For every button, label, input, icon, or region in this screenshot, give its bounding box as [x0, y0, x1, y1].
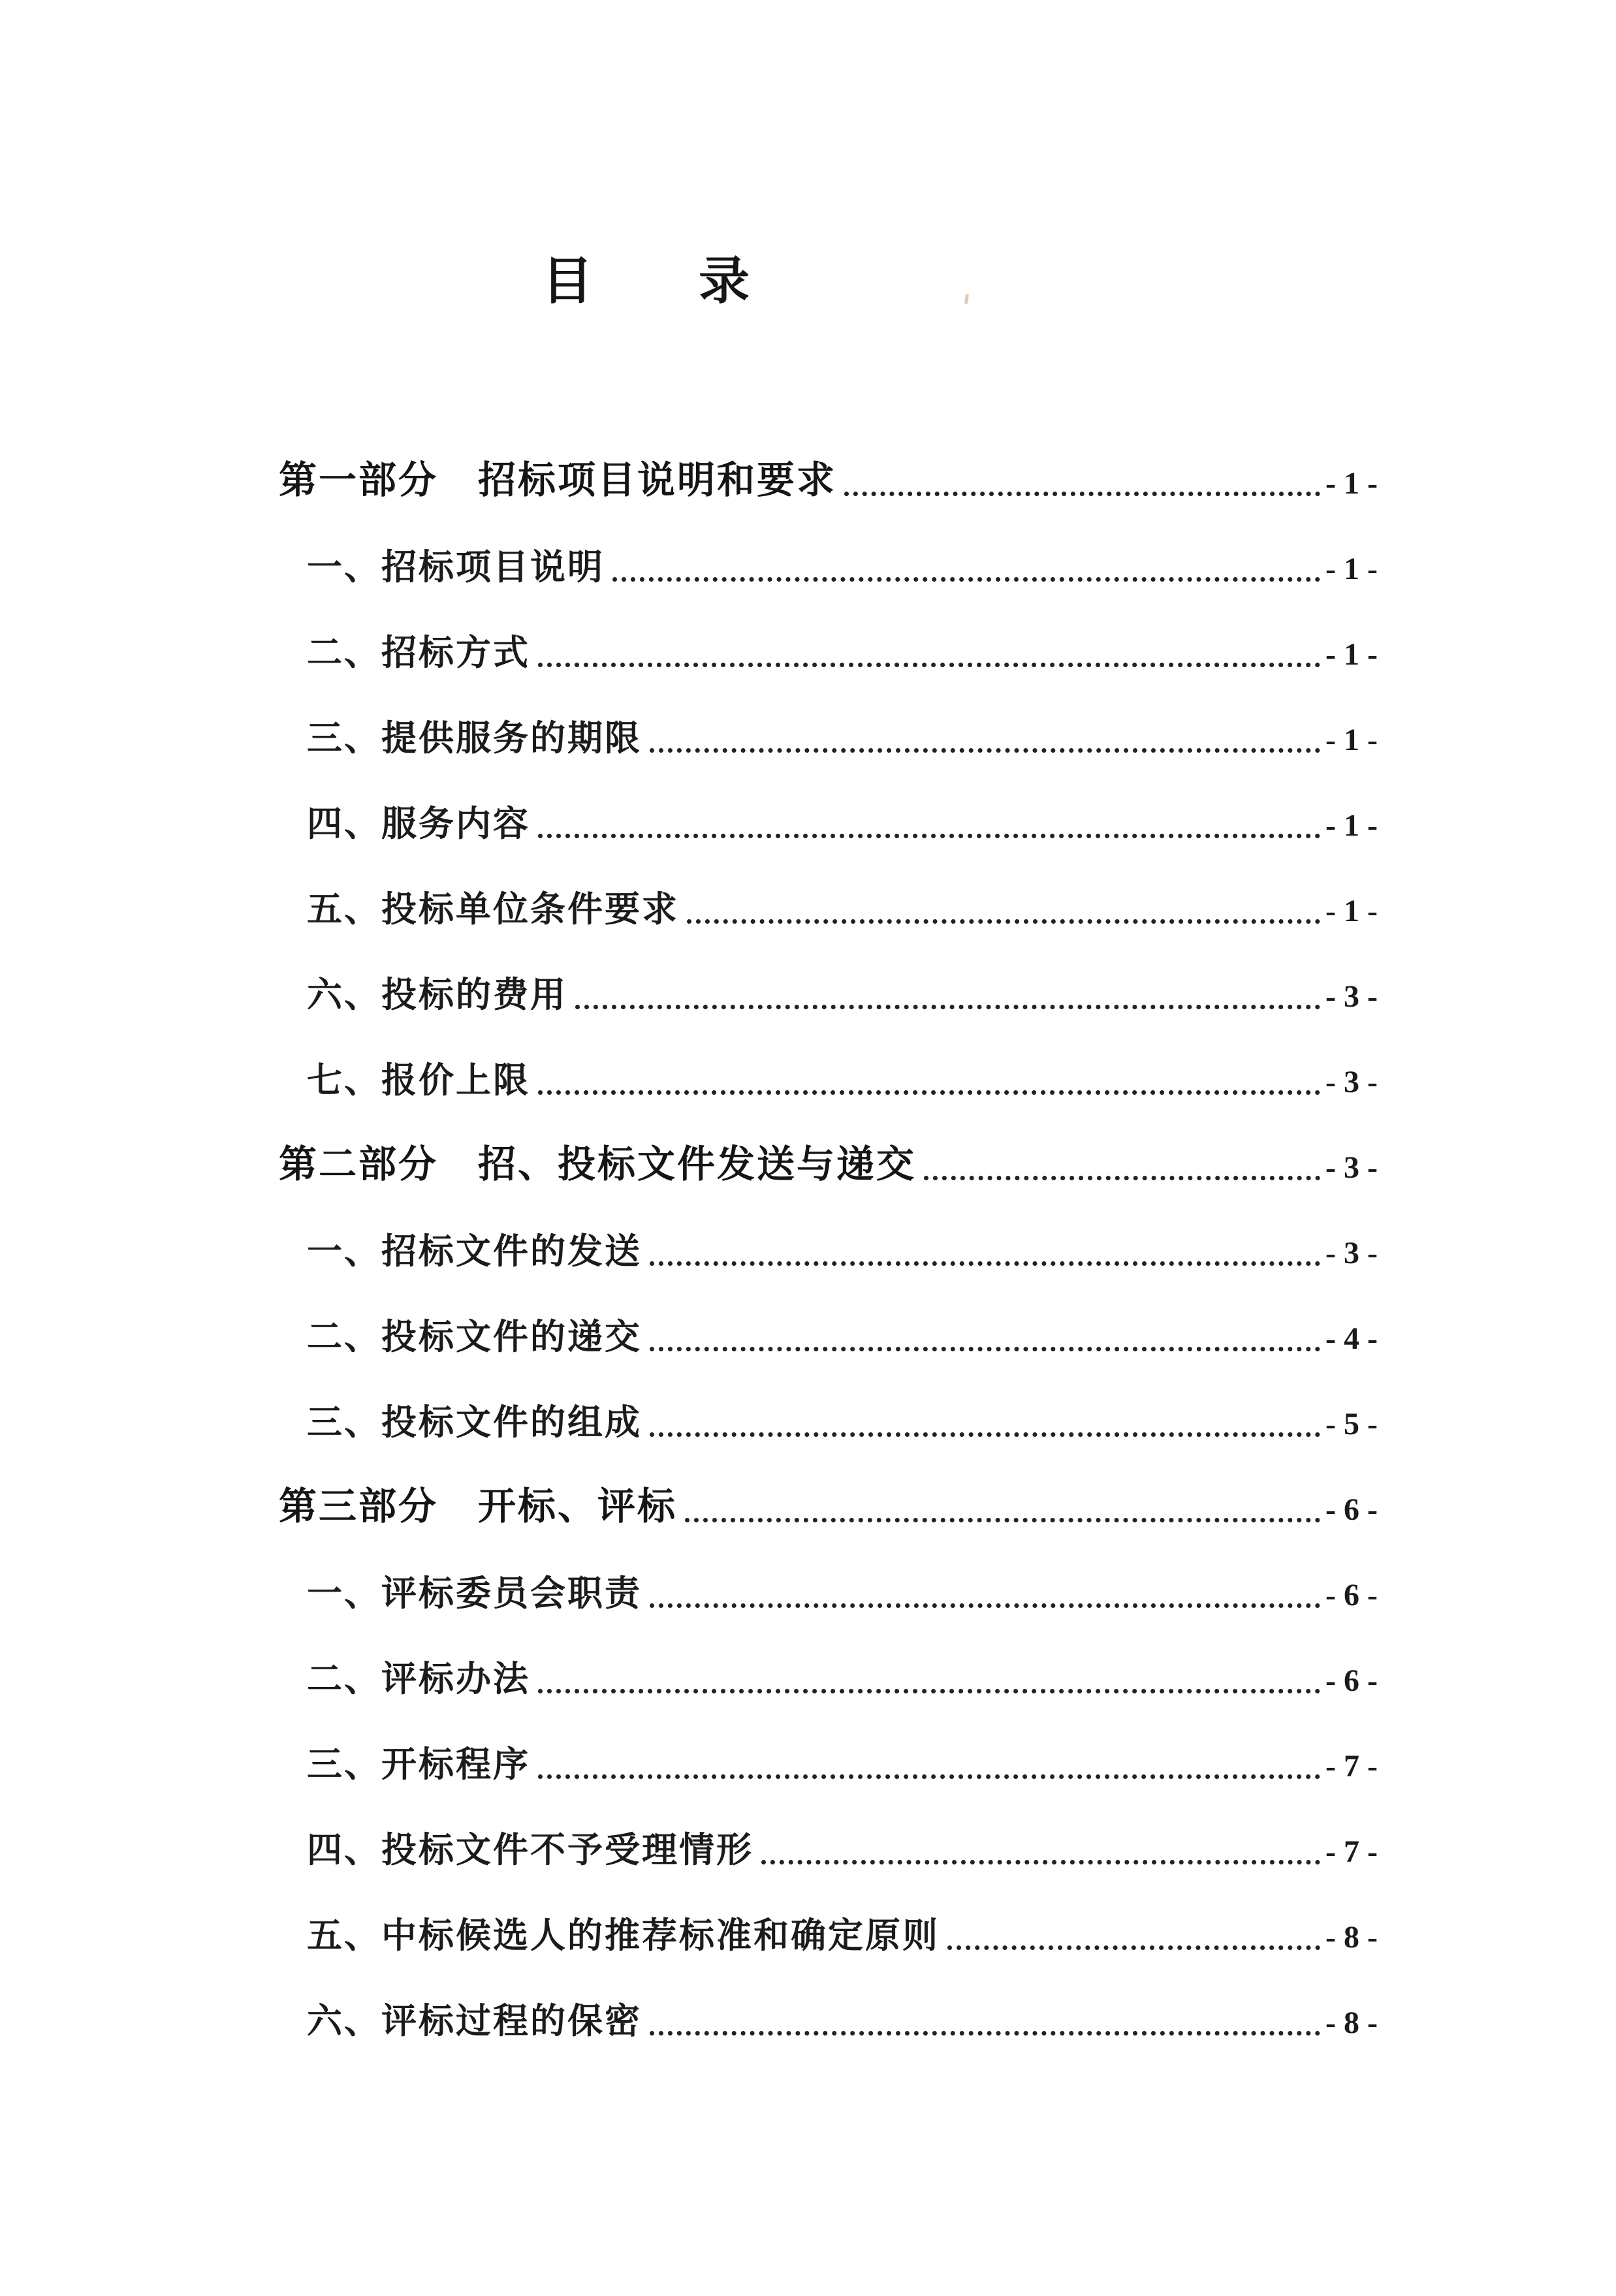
- page-number: - 6 -: [1325, 1580, 1378, 1611]
- toc-label: 三、提供服务的期限: [307, 720, 642, 757]
- toc-entry-row: 一、招标文件的发送 - 3 -: [279, 1208, 1378, 1294]
- toc-label: 六、评标过程的保密: [307, 2003, 642, 2040]
- page-number: - 5 -: [1325, 1409, 1378, 1440]
- page-number: - 1 -: [1325, 725, 1378, 756]
- dot-leader: [844, 492, 1320, 496]
- dot-leader: [650, 2031, 1320, 2036]
- toc-part-row: 第一部分 招标项目说明和要求 - 1 -: [279, 439, 1378, 524]
- toc-label: 一、评标委员会职责: [307, 1575, 642, 1612]
- toc-label: 第一部分 招标项目说明和要求: [279, 461, 836, 501]
- dot-leader: [685, 1518, 1320, 1522]
- dot-leader: [650, 1603, 1320, 1608]
- toc-entry-row: 四、投标文件不予受理情形 - 7 -: [279, 1807, 1378, 1893]
- toc-label: 一、招标文件的发送: [307, 1233, 642, 1270]
- toc-entry-row: 二、招标方式 - 1 -: [279, 610, 1378, 695]
- toc-label: 五、中标候选人的推荐标准和确定原则: [307, 1917, 940, 1955]
- page-number: - 7 -: [1325, 1751, 1378, 1782]
- toc-label: 二、投标文件的递交: [307, 1319, 642, 1356]
- toc-label: 三、开标程序: [307, 1746, 530, 1784]
- toc-label: 第三部分 开标、评标: [279, 1487, 677, 1527]
- dot-leader: [538, 1689, 1320, 1693]
- toc-label: 二、评标办法: [307, 1661, 530, 1698]
- toc-entry-row: 七、报价上限 - 3 -: [279, 1037, 1378, 1123]
- toc-label: 七、报价上限: [307, 1062, 530, 1099]
- toc-entry-row: 三、投标文件的组成 - 5 -: [279, 1379, 1378, 1465]
- dot-leader: [538, 1774, 1320, 1779]
- dot-leader: [947, 1945, 1320, 1950]
- page-number: - 7 -: [1325, 1836, 1378, 1868]
- toc-entry-row: 一、评标委员会职责 - 6 -: [279, 1550, 1378, 1636]
- page-number: - 3 -: [1325, 1067, 1378, 1098]
- dot-leader: [650, 1261, 1320, 1266]
- page-number: - 8 -: [1325, 2007, 1378, 2039]
- toc-label: 二、招标方式: [307, 635, 530, 672]
- page-number: - 3 -: [1325, 1152, 1378, 1184]
- page-number: - 1 -: [1325, 639, 1378, 670]
- page-number: - 6 -: [1325, 1494, 1378, 1526]
- toc-part-row: 第三部分 开标、评标 - 6 -: [279, 1465, 1378, 1550]
- page-number: - 1 -: [1325, 468, 1378, 499]
- table-of-contents: 第一部分 招标项目说明和要求 - 1 - 一、招标项目说明 - 1 - 二、招标…: [279, 439, 1378, 2064]
- page-number: - 1 -: [1325, 810, 1378, 841]
- page-number: - 1 -: [1325, 554, 1378, 585]
- dot-leader: [538, 663, 1320, 667]
- toc-label: 第二部分 招、投标文件发送与递交: [279, 1145, 916, 1185]
- dot-leader: [538, 834, 1320, 838]
- toc-entry-row: 四、服务内容 - 1 -: [279, 781, 1378, 866]
- toc-entry-row: 一、招标项目说明 - 1 -: [279, 524, 1378, 610]
- toc-entry-row: 五、中标候选人的推荐标准和确定原则 - 8 -: [279, 1893, 1378, 1978]
- dot-leader: [575, 1005, 1320, 1009]
- page-title: 目 录: [0, 256, 1293, 307]
- page-number: - 4 -: [1325, 1323, 1378, 1355]
- toc-label: 四、服务内容: [307, 806, 530, 843]
- dot-leader: [761, 1860, 1320, 1864]
- toc-label: 三、投标文件的组成: [307, 1404, 642, 1441]
- toc-entry-row: 三、提供服务的期限 - 1 -: [279, 695, 1378, 781]
- page-number: - 6 -: [1325, 1665, 1378, 1697]
- toc-label: 一、招标项目说明: [307, 549, 605, 586]
- dot-leader: [687, 919, 1320, 924]
- toc-label: 五、投标单位条件要求: [307, 891, 679, 928]
- toc-entry-row: 二、评标办法 - 6 -: [279, 1636, 1378, 1722]
- page-number: - 1 -: [1325, 896, 1378, 927]
- page-number: - 8 -: [1325, 1922, 1378, 1953]
- toc-entry-row: 六、投标的费用 - 3 -: [279, 952, 1378, 1037]
- toc-label: 六、投标的费用: [307, 977, 567, 1014]
- toc-entry-row: 六、评标过程的保密 - 8 -: [279, 1978, 1378, 2064]
- dot-leader: [650, 748, 1320, 753]
- dot-leader: [924, 1176, 1320, 1180]
- toc-label: 四、投标文件不予受理情形: [307, 1832, 753, 1869]
- toc-entry-row: 三、开标程序 - 7 -: [279, 1722, 1378, 1807]
- document-page: 目 录 第一部分 招标项目说明和要求 - 1 - 一、招标项目说明 - 1 - …: [0, 0, 1616, 2296]
- dot-leader: [650, 1347, 1320, 1351]
- toc-part-row: 第二部分 招、投标文件发送与递交 - 3 -: [279, 1123, 1378, 1208]
- toc-entry-row: 五、投标单位条件要求 - 1 -: [279, 866, 1378, 952]
- toc-entry-row: 二、投标文件的递交 - 4 -: [279, 1294, 1378, 1379]
- dot-leader: [650, 1432, 1320, 1437]
- page-number: - 3 -: [1325, 1238, 1378, 1269]
- dot-leader: [612, 577, 1320, 582]
- dot-leader: [538, 1090, 1320, 1095]
- page-number: - 3 -: [1325, 981, 1378, 1013]
